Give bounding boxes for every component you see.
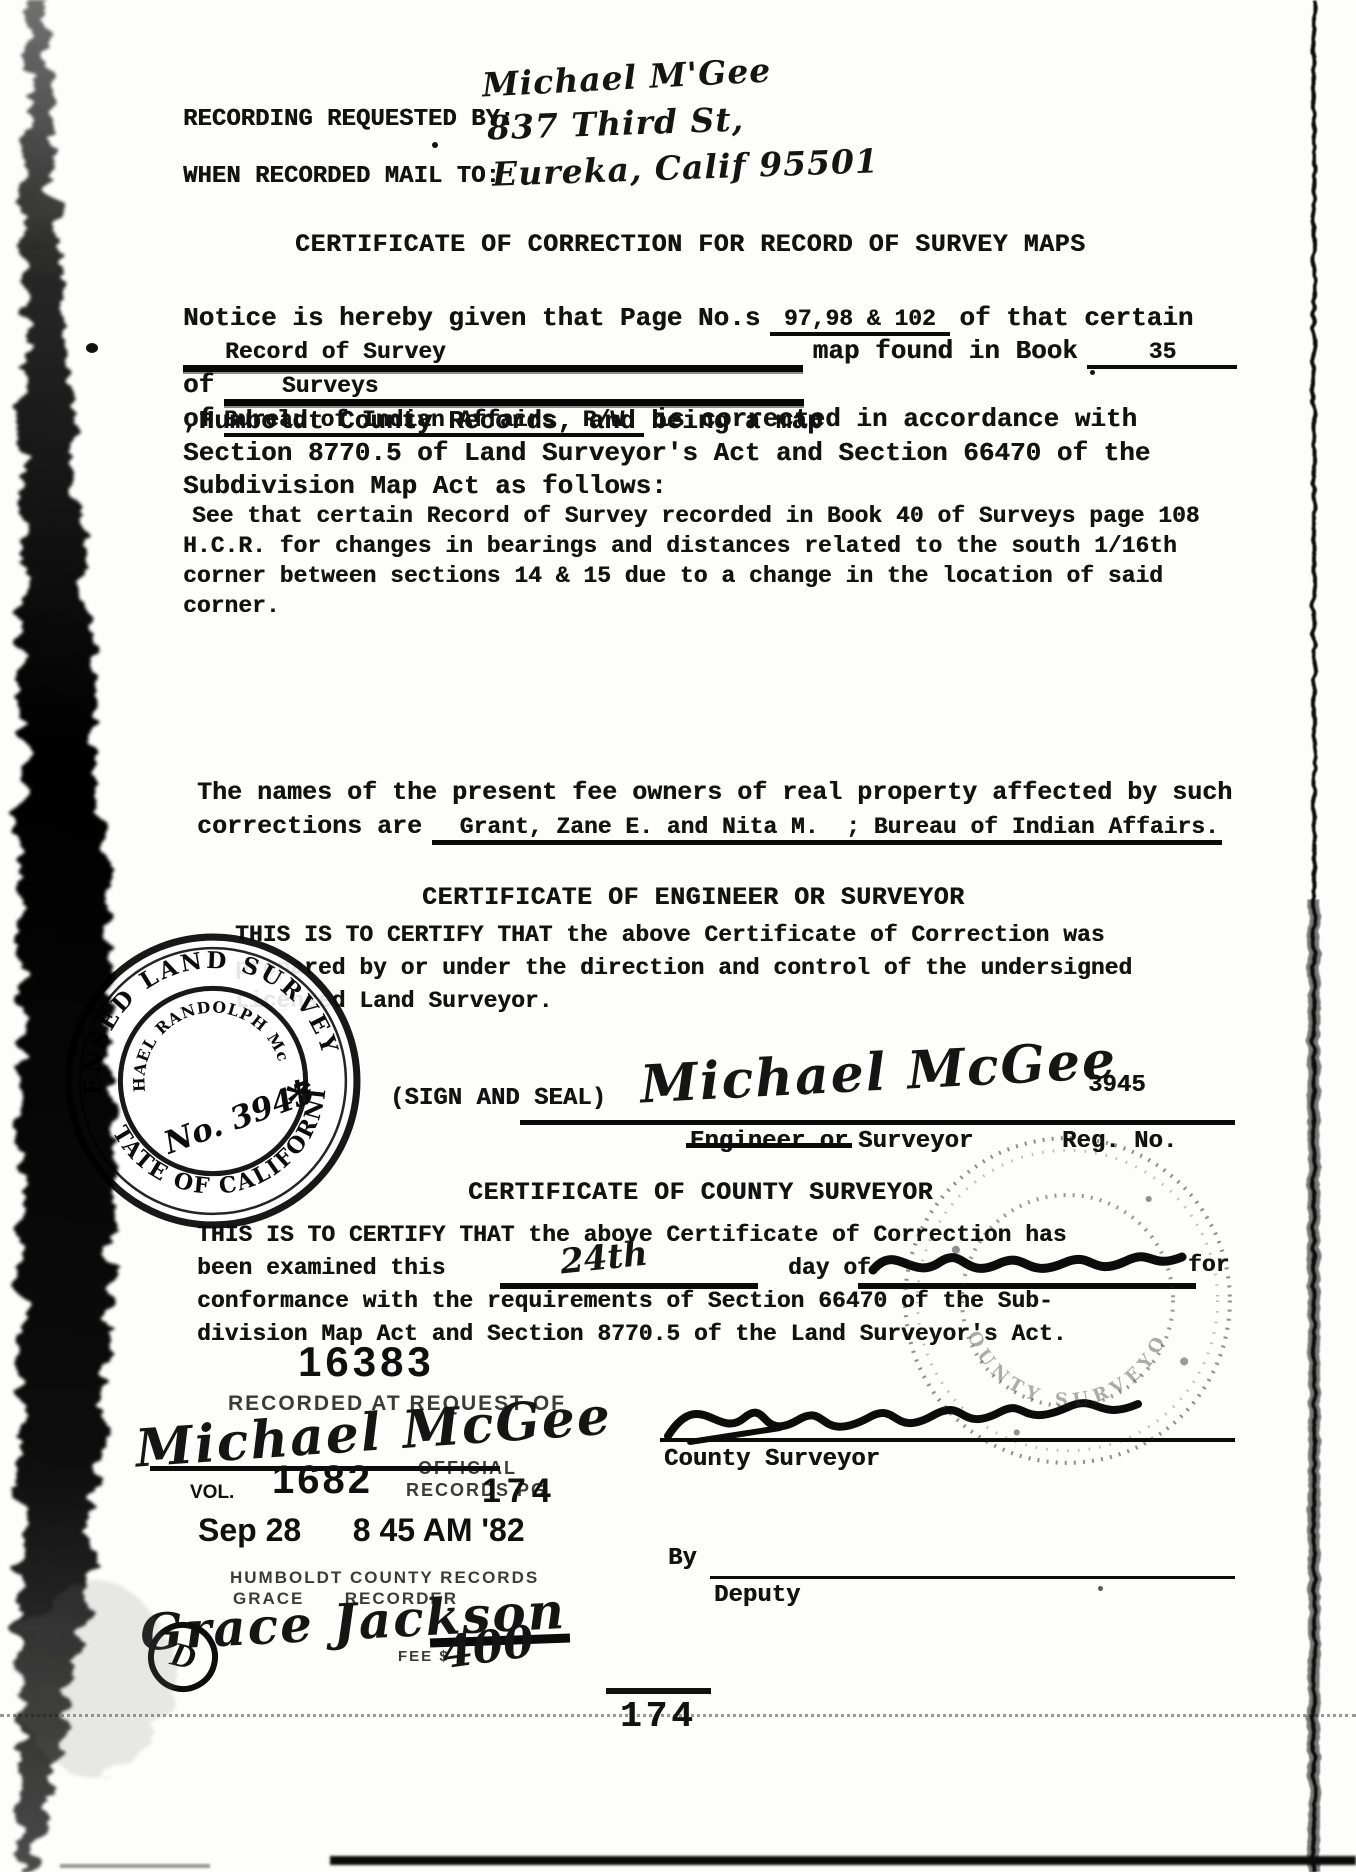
footer-page-number: 174 — [620, 1696, 697, 1737]
svg-text:COUNTY SURVEYOR: COUNTY SURVEYOR — [895, 1128, 1172, 1411]
handwritten-name: Michael M'Gee — [481, 50, 772, 104]
day-of-label: day of — [788, 1255, 871, 1281]
county-surveyor-label: County Surveyor — [664, 1446, 880, 1473]
page-numbers-fill: 97,98 & 102 — [770, 306, 950, 336]
by-label: By — [668, 1545, 697, 1572]
notice-line-8: H.C.R. for changes in bearings and dista… — [183, 533, 1177, 559]
signature-line — [520, 1120, 1235, 1125]
sign-and-seal-label: (SIGN AND SEAL) — [390, 1085, 606, 1112]
county-surveyor-stamp: COUNTY SURVEYOR — [895, 1128, 1240, 1473]
date-stamp: Sep 28 — [198, 1512, 301, 1548]
day-fill-handwritten: 24th — [558, 1234, 649, 1283]
owners-line-1: The names of the present fee owners of r… — [197, 778, 1232, 807]
owners-label: corrections are — [197, 812, 422, 841]
engineer-cert-line-1: THIS IS TO CERTIFY THAT the above Certif… — [235, 922, 1105, 948]
engineer-signature: Michael McGee — [639, 1030, 1119, 1116]
struck-engineer-label: Engineer or — [690, 1128, 848, 1155]
notice-line-10: corner. — [183, 593, 280, 619]
handwritten-city: Eureka, Calif 95501 — [491, 141, 879, 193]
notice-line-4-text: is corrected in accordance with — [653, 404, 1137, 434]
scan-artifact-bottom-smear — [330, 1856, 1356, 1865]
notice-line-6: Subdivision Map Act as follows: — [183, 471, 667, 501]
notice-line-4-of: of — [183, 404, 214, 434]
page-stamp-value: 174 — [482, 1472, 557, 1511]
document-number: 16383 — [298, 1338, 435, 1386]
engineer-cert-line-2: prepared by or under the direction and c… — [235, 955, 1132, 981]
land-surveyor-seal: LICENSED LAND SURVEYOR STATE OF CALIFORN… — [62, 930, 364, 1232]
map-type-fill: Record of Survey — [183, 339, 803, 372]
document-page: RECORDING REQUESTED BY: WHEN RECORDED MA… — [0, 0, 1356, 1872]
owners-fill: Grant, Zane E. and Nita M. ; Bureau of I… — [432, 814, 1222, 845]
scan-artifact-right-line — [1290, 0, 1356, 1872]
county-stamp-arc-text: COUNTY SURVEYOR — [895, 1128, 1172, 1411]
surveys-fill: Surveys — [224, 373, 804, 406]
county-cert-heading: CERTIFICATE OF COUNTY SURVEYOR — [468, 1178, 933, 1207]
examined-label: been examined this — [197, 1255, 445, 1281]
notice-line-9: corner between sections 14 & 15 due to a… — [183, 563, 1163, 589]
map-name-fill: Bureau of Indian Affairs R/W — [224, 407, 644, 437]
notice-line-3-of: of — [183, 370, 214, 400]
deputy-line — [710, 1576, 1235, 1579]
mail-to-label: WHEN RECORDED MAIL TO: — [183, 163, 500, 190]
book-number-fill: 35 — [1087, 339, 1237, 369]
deputy-label: Deputy — [714, 1582, 800, 1609]
notice-line-1-text: Notice is hereby given that Page No.s — [183, 303, 760, 333]
page-title: CERTIFICATE OF CORRECTION FOR RECORD OF … — [295, 230, 1086, 259]
scan-speck — [1098, 1586, 1103, 1591]
handwritten-street: 837 Third St, — [486, 100, 744, 148]
scan-artifact-bottom-dash — [60, 1864, 210, 1868]
reg-number-value: 3945 — [1088, 1072, 1146, 1099]
vol-value: 1682 — [272, 1458, 373, 1503]
vol-label: VOL. — [190, 1482, 234, 1504]
notice-line-1-end: of that certain — [959, 303, 1193, 333]
scan-speck — [86, 343, 98, 353]
time-stamp: 8 45 AM '82 — [353, 1512, 525, 1548]
notice-line-2-text: map found in Book — [813, 336, 1078, 366]
scan-speck — [1090, 370, 1095, 375]
engineer-cert-heading: CERTIFICATE OF ENGINEER OR SURVEYOR — [422, 883, 965, 912]
notice-line-7: See that certain Record of Survey record… — [192, 503, 1200, 529]
recording-requested-label: RECORDING REQUESTED BY: — [183, 106, 514, 133]
notice-line-5: Section 8770.5 of Land Surveyor's Act an… — [183, 438, 1150, 468]
scan-speck — [432, 142, 438, 148]
